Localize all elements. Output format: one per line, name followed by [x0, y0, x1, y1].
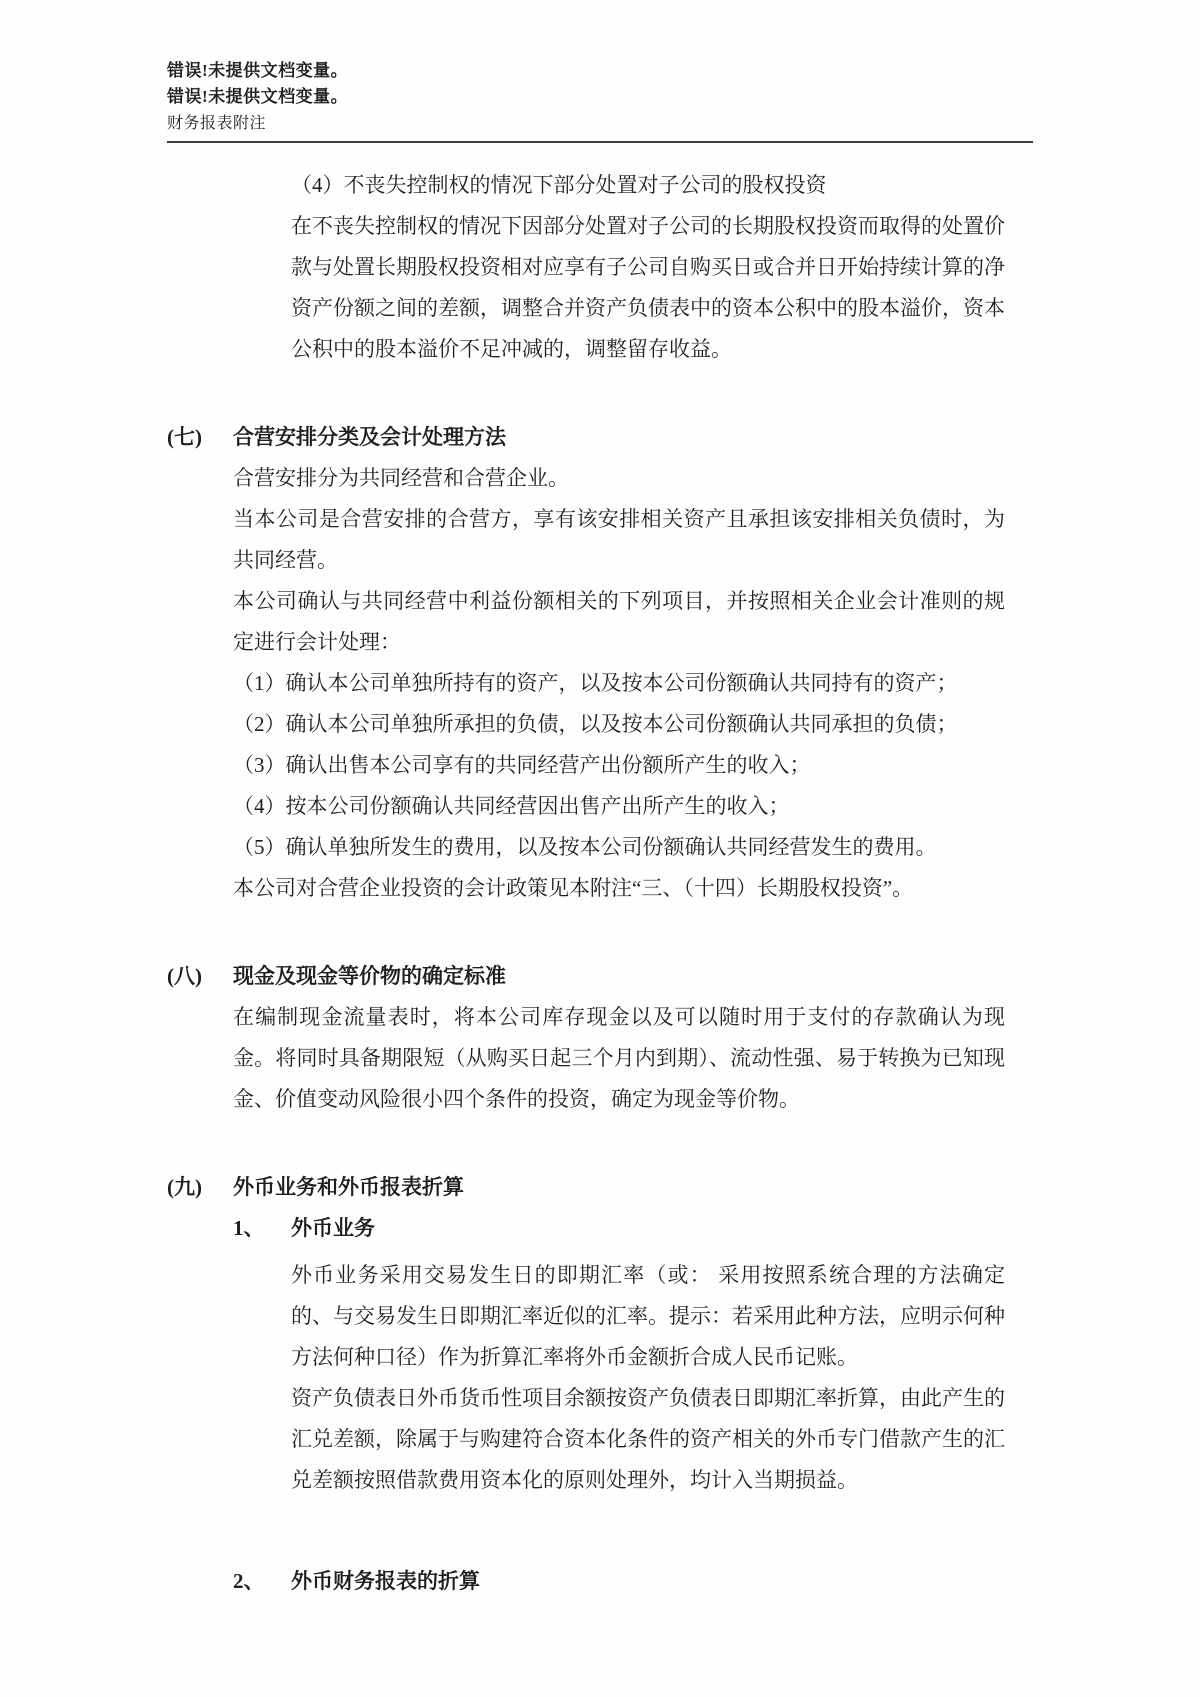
header-error-line-1: 错误!未提供文档变量。 — [167, 58, 1005, 84]
section-number: (七) — [167, 417, 233, 458]
paragraph: 当本公司是合营安排的合营方，享有该安排相关资产且承担该安排相关负债时，为共同经营… — [233, 499, 1005, 581]
paragraph: 在编制现金流量表时，将本公司库存现金以及可以随时用于支付的存款确认为现金。将同时… — [233, 997, 1005, 1120]
header-divider — [167, 141, 1033, 143]
section-7: (七) 合营安排分类及会计处理方法 合营安排分为共同经营和合营企业。 当本公司是… — [167, 417, 1005, 909]
section-title: 现金及现金等价物的确定标准 — [233, 956, 506, 997]
paragraph: 本公司确认与共同经营中利益份额相关的下列项目，并按照相关企业会计准则的规定进行会… — [233, 581, 1005, 663]
subsection-2-heading: 2、 外币财务报表的折算 — [233, 1561, 1005, 1602]
subsection-title: 外币业务 — [291, 1208, 375, 1249]
list-item: （1）确认本公司单独所持有的资产，以及按本公司份额确认共同持有的资产； — [233, 663, 1005, 704]
page-header: 错误!未提供文档变量。 错误!未提供文档变量。 财务报表附注 — [167, 58, 1005, 143]
subsection-title: 外币财务报表的折算 — [291, 1561, 480, 1602]
section-title: 合营安排分类及会计处理方法 — [233, 417, 506, 458]
section-7-heading: (七) 合营安排分类及会计处理方法 — [167, 417, 1005, 458]
section-8: (八) 现金及现金等价物的确定标准 在编制现金流量表时，将本公司库存现金以及可以… — [167, 956, 1005, 1120]
subsection-1-body: 外币业务采用交易发生日的即期汇率（或： 采用按照系统合理的方法确定的、与交易发生… — [291, 1255, 1005, 1501]
list-item: （3）确认出售本公司享有的共同经营产出份额所产生的收入； — [233, 745, 1005, 786]
paragraph: 资产负债表日外币货币性项目余额按资产负债表日即期汇率折算，由此产生的汇兑差额，除… — [291, 1378, 1005, 1501]
section-number: (八) — [167, 956, 233, 997]
subsection-1-heading: 1、 外币业务 — [233, 1208, 1005, 1249]
list-item: （4）按本公司份额确认共同经营因出售产出所产生的收入； — [233, 786, 1005, 827]
subsection-number: 1、 — [233, 1208, 291, 1249]
list-item: （2）确认本公司单独所承担的负债，以及按本公司份额确认共同承担的负债； — [233, 704, 1005, 745]
paragraph: 外币业务采用交易发生日的即期汇率（或： 采用按照系统合理的方法确定的、与交易发生… — [291, 1255, 1005, 1378]
intro-heading-line: （4）不丧失控制权的情况下部分处置对子公司的股权投资 — [291, 165, 1005, 206]
list-item: （5）确认单独所发生的费用，以及按本公司份额确认共同经营发生的费用。 — [233, 827, 1005, 868]
section-title: 外币业务和外币报表折算 — [233, 1167, 464, 1208]
paragraph: 本公司对合营企业投资的会计政策见本附注“三、（十四）长期股权投资”。 — [233, 868, 1005, 909]
paragraph: 合营安排分为共同经营和合营企业。 — [233, 458, 1005, 499]
section-9: (九) 外币业务和外币报表折算 1、 外币业务 外币业务采用交易发生日的即期汇率… — [167, 1167, 1005, 1602]
document-page: 错误!未提供文档变量。 错误!未提供文档变量。 财务报表附注 （4）不丧失控制权… — [0, 0, 1200, 1697]
paragraph: 在不丧失控制权的情况下因部分处置对子公司的长期股权投资而取得的处置价款与处置长期… — [291, 206, 1005, 370]
section-number: (九) — [167, 1167, 233, 1208]
section-7-body: 合营安排分为共同经营和合营企业。 当本公司是合营安排的合营方，享有该安排相关资产… — [233, 458, 1005, 909]
document-body: （4）不丧失控制权的情况下部分处置对子公司的股权投资 在不丧失控制权的情况下因部… — [167, 165, 1005, 1602]
section-9-heading: (九) 外币业务和外币报表折算 — [167, 1167, 1005, 1208]
intro-block: （4）不丧失控制权的情况下部分处置对子公司的股权投资 在不丧失控制权的情况下因部… — [291, 165, 1005, 370]
header-subtitle: 财务报表附注 — [167, 112, 1005, 135]
section-8-heading: (八) 现金及现金等价物的确定标准 — [167, 956, 1005, 997]
header-error-line-2: 错误!未提供文档变量。 — [167, 84, 1005, 110]
section-8-body: 在编制现金流量表时，将本公司库存现金以及可以随时用于支付的存款确认为现金。将同时… — [233, 997, 1005, 1120]
subsection-number: 2、 — [233, 1561, 291, 1602]
